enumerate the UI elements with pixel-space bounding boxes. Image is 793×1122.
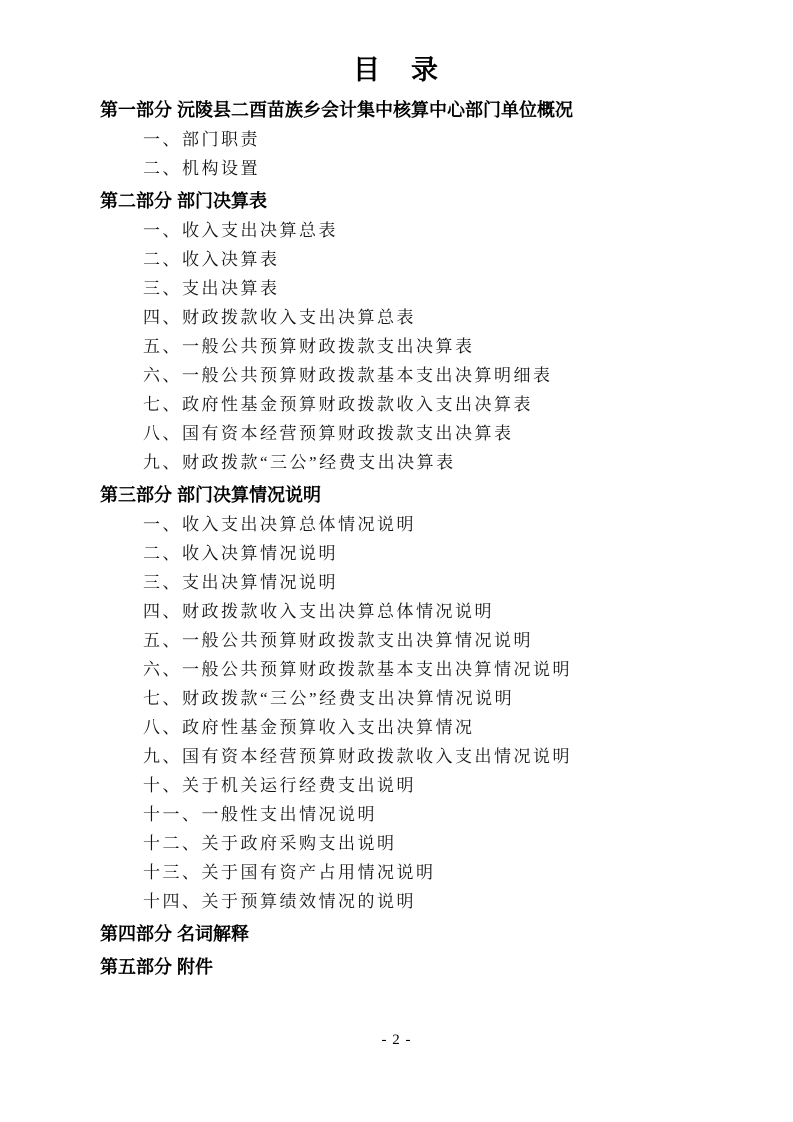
toc-entry: 十、关于机关运行经费支出说明: [100, 771, 733, 800]
toc-entry: 二、收入决算情况说明: [100, 539, 733, 568]
toc-entry: 八、政府性基金预算收入支出决算情况: [100, 713, 733, 742]
toc-entry: 七、财政拨款“三公”经费支出决算情况说明: [100, 684, 733, 713]
toc-entry: 二、收入决算表: [100, 245, 733, 274]
toc-entry: 七、政府性基金预算财政拨款收入支出决算表: [100, 390, 733, 419]
toc-entry: 六、一般公共预算财政拨款基本支出决算情况说明: [100, 655, 733, 684]
toc-entry: 十二、关于政府采购支出说明: [100, 829, 733, 858]
toc-section-heading-5: 第五部分 附件: [100, 953, 733, 982]
toc-entry: 三、支出决算情况说明: [100, 568, 733, 597]
toc-entry: 八、国有资本经营预算财政拨款支出决算表: [100, 419, 733, 448]
toc-entry: 二、机构设置: [100, 154, 733, 183]
toc-section-heading-2: 第二部分 部门决算表: [100, 187, 733, 216]
toc-entry: 九、国有资本经营预算财政拨款收入支出情况说明: [100, 742, 733, 771]
toc-section-heading-4: 第四部分 名词解释: [100, 920, 733, 949]
toc-entry: 十一、一般性支出情况说明: [100, 800, 733, 829]
toc-entry: 一、部门职责: [100, 125, 733, 154]
toc-entry: 九、财政拨款“三公”经费支出决算表: [100, 448, 733, 477]
toc-section-heading-1: 第一部分 沅陵县二酉苗族乡会计集中核算中心部门单位概况: [100, 96, 733, 125]
toc-entry: 四、财政拨款收入支出决算总表: [100, 303, 733, 332]
document-page: 目 录 第一部分 沅陵县二酉苗族乡会计集中核算中心部门单位概况 一、部门职责 二…: [0, 0, 793, 1122]
toc-entry: 十三、关于国有资产占用情况说明: [100, 858, 733, 887]
toc-entry: 五、一般公共预算财政拨款支出决算表: [100, 332, 733, 361]
toc-title: 目 录: [0, 52, 793, 88]
page-number: - 2 -: [0, 1032, 793, 1049]
toc-entry: 三、支出决算表: [100, 274, 733, 303]
toc-entry: 四、财政拨款收入支出决算总体情况说明: [100, 597, 733, 626]
toc-entry: 一、收入支出决算总体情况说明: [100, 510, 733, 539]
toc-section-heading-3: 第三部分 部门决算情况说明: [100, 481, 733, 510]
toc-entry: 十四、关于预算绩效情况的说明: [100, 887, 733, 916]
toc-entry: 六、一般公共预算财政拨款基本支出决算明细表: [100, 361, 733, 390]
toc-entry: 一、收入支出决算总表: [100, 216, 733, 245]
toc-entry: 五、一般公共预算财政拨款支出决算情况说明: [100, 626, 733, 655]
